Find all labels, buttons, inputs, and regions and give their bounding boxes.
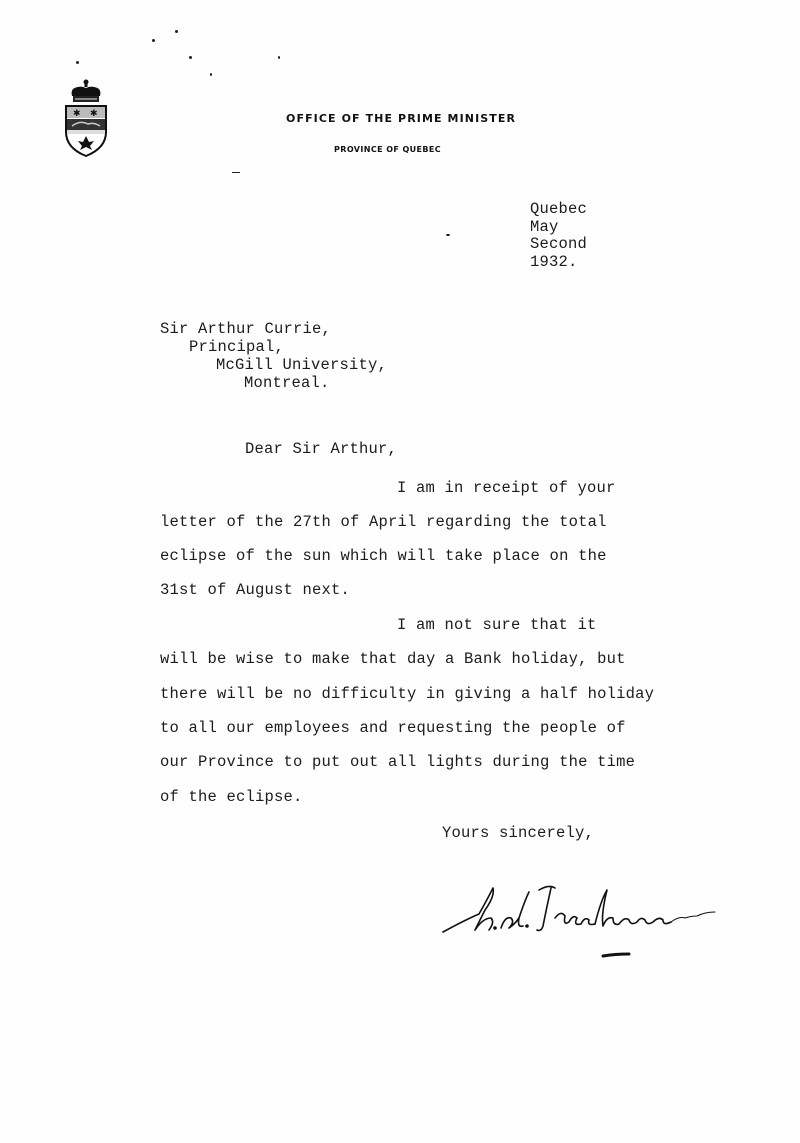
body-line: to all our employees and requesting the …	[160, 719, 626, 737]
province-heading: PROVINCE OF QUEBEC	[334, 145, 441, 154]
recipient-title: Principal,	[189, 338, 284, 356]
scan-speck	[446, 234, 450, 236]
svg-text:✱: ✱	[73, 109, 81, 119]
scan-speck	[76, 61, 79, 64]
body-line: will be wise to make that day a Bank hol…	[160, 650, 626, 668]
body-line: 31st of August next.	[160, 581, 350, 599]
scan-speck	[152, 39, 155, 42]
body-line: eclipse of the sun which will take place…	[160, 547, 607, 565]
office-heading: OFFICE OF THE PRIME MINISTER	[286, 112, 516, 125]
closing: Yours sincerely,	[442, 824, 594, 842]
scan-speck	[189, 56, 192, 59]
coat-of-arms-icon: ✱ ✱	[62, 78, 110, 158]
scan-speck	[210, 73, 212, 76]
svg-text:✱: ✱	[90, 109, 98, 119]
recipient-institution: McGill University,	[216, 356, 387, 374]
scan-speck	[175, 30, 178, 33]
body-line: our Province to put out all lights durin…	[160, 753, 635, 771]
signature-icon	[435, 870, 735, 960]
body-line: I am in receipt of your	[397, 479, 616, 497]
salutation: Dear Sir Arthur,	[245, 440, 397, 458]
letter-page: ✱ ✱ OFFICE OF THE PRIME MINISTER PROVINC…	[0, 0, 800, 1143]
date-year: 1932.	[530, 253, 578, 271]
body-line: there will be no difficulty in giving a …	[160, 685, 654, 703]
scan-speck	[278, 56, 280, 59]
body-line: letter of the 27th of April regarding th…	[160, 513, 607, 531]
date-month: May	[530, 218, 559, 236]
body-line: I am not sure that it	[397, 616, 597, 634]
body-line: of the eclipse.	[160, 788, 303, 806]
date-day: Second	[530, 235, 587, 253]
recipient-name: Sir Arthur Currie,	[160, 320, 331, 338]
scan-speck	[232, 172, 240, 173]
recipient-city: Montreal.	[244, 374, 330, 392]
date-place: Quebec	[530, 200, 587, 218]
